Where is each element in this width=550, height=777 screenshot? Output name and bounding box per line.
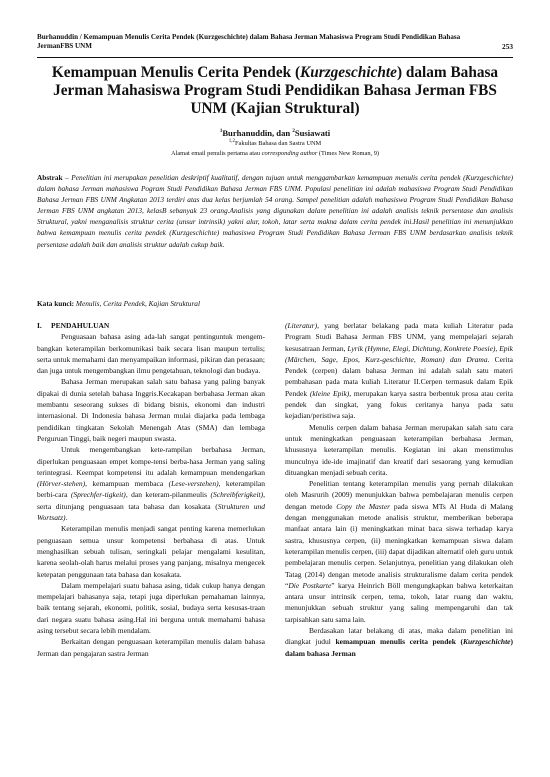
email-pre: Alamat email penulis pertama atau [171, 150, 262, 157]
text: , kemampuan membaca [85, 479, 168, 488]
paper-title: Kemampuan Menulis Cerita Pendek (Kurzges… [37, 64, 513, 118]
email-line: Alamat email penulis pertama atau corres… [0, 150, 550, 157]
italic-term: Copy the Master [336, 502, 390, 511]
text: pada siswa MTs Al Huda di Malang dengan … [285, 502, 513, 590]
author1: Burhanuddin, dan [222, 128, 292, 138]
section-title: PENDAHULUAN [51, 321, 109, 330]
title-part1: Kemampuan Menulis Cerita Pendek ( [52, 64, 300, 81]
italic-term: (kleine Epik) [310, 389, 349, 398]
italic-term: (Sprechfer-tigkeit) [71, 490, 126, 499]
abstract-dash: – [63, 173, 72, 182]
paragraph: Dalam mempelajari suatu bahasa asing, ti… [37, 580, 265, 636]
page-number: 253 [502, 42, 513, 51]
authors: 1Burhanuddin, dan 2Susiawati [0, 128, 550, 138]
bold-italic-term: Kurzgeschichte [463, 637, 511, 646]
running-header: Burhanuddin / Kemampuan Menulis Cerita P… [37, 33, 497, 51]
paragraph: Keterampilan menulis menjadi sangat pent… [37, 523, 265, 579]
paragraph: Menulis cerpen dalam bahasa Jerman merup… [285, 422, 513, 478]
text: , dan keteram-pilanmeulis [126, 490, 211, 499]
keywords: Kata kunci: Menulis, Cerita Pendek, Kaji… [37, 299, 200, 308]
paragraph: Penelitian tentang keterampilan menulis … [285, 478, 513, 625]
author2: Susiawati [295, 128, 330, 138]
italic-term: (Hörver-stehen) [37, 479, 85, 488]
abstract: Abstrak – Penelitian ini merupakan penel… [37, 172, 513, 250]
paragraph: Berkaitan dengan penguasaan keterampilan… [37, 636, 265, 659]
paragraph: (Literatur), yang berlatar belakang pada… [285, 320, 513, 422]
right-column: (Literatur), yang berlatar belakang pada… [285, 320, 513, 659]
paragraph: Penguasaan bahasa asing ada-lah sangat p… [37, 331, 265, 376]
email-italic: corresponding author [262, 150, 318, 157]
abstract-text: Penelitian ini merupakan penelitian desk… [37, 173, 513, 249]
italic-term: Die Postkarte [288, 581, 331, 590]
keywords-label: Kata kunci: [37, 299, 74, 308]
section-heading: I.PENDAHULUAN [37, 320, 265, 331]
left-column: I.PENDAHULUAN Penguasaan bahasa asing ad… [37, 320, 265, 659]
paragraph: Untuk mengembangkan kete-rampilan berbah… [37, 444, 265, 523]
italic-term: (Schreibferigkeit) [211, 490, 264, 499]
section-number: I. [37, 320, 51, 331]
affiliation: 1,2Fakultas Bahasa dan Sastra UNM [0, 140, 550, 147]
paragraph: Bahasa Jerman merupakan salah satu bahas… [37, 376, 265, 444]
affil-text: Fakultas Bahasa dan Sastra UNM [235, 140, 321, 147]
email-post: (Times New Roman, 9) [317, 150, 379, 157]
title-italic: Kurzgeschichte [300, 64, 397, 81]
header-rule [37, 57, 513, 58]
text: . [65, 513, 67, 522]
keywords-text: Menulis, Cerita Pendek, Kajian Struktura… [74, 299, 200, 308]
paragraph: Berdasakan latar belakang di atas, maka … [285, 625, 513, 659]
italic-term: (Lese-verstehen) [169, 479, 219, 488]
italic-term: (Literatur) [285, 321, 317, 330]
abstract-label: Abstrak [37, 173, 63, 182]
bold-text: kemampuan menulis cerita pendek ( [335, 637, 463, 646]
text: Untuk mengembangkan kete-rampilan berbah… [37, 445, 265, 477]
